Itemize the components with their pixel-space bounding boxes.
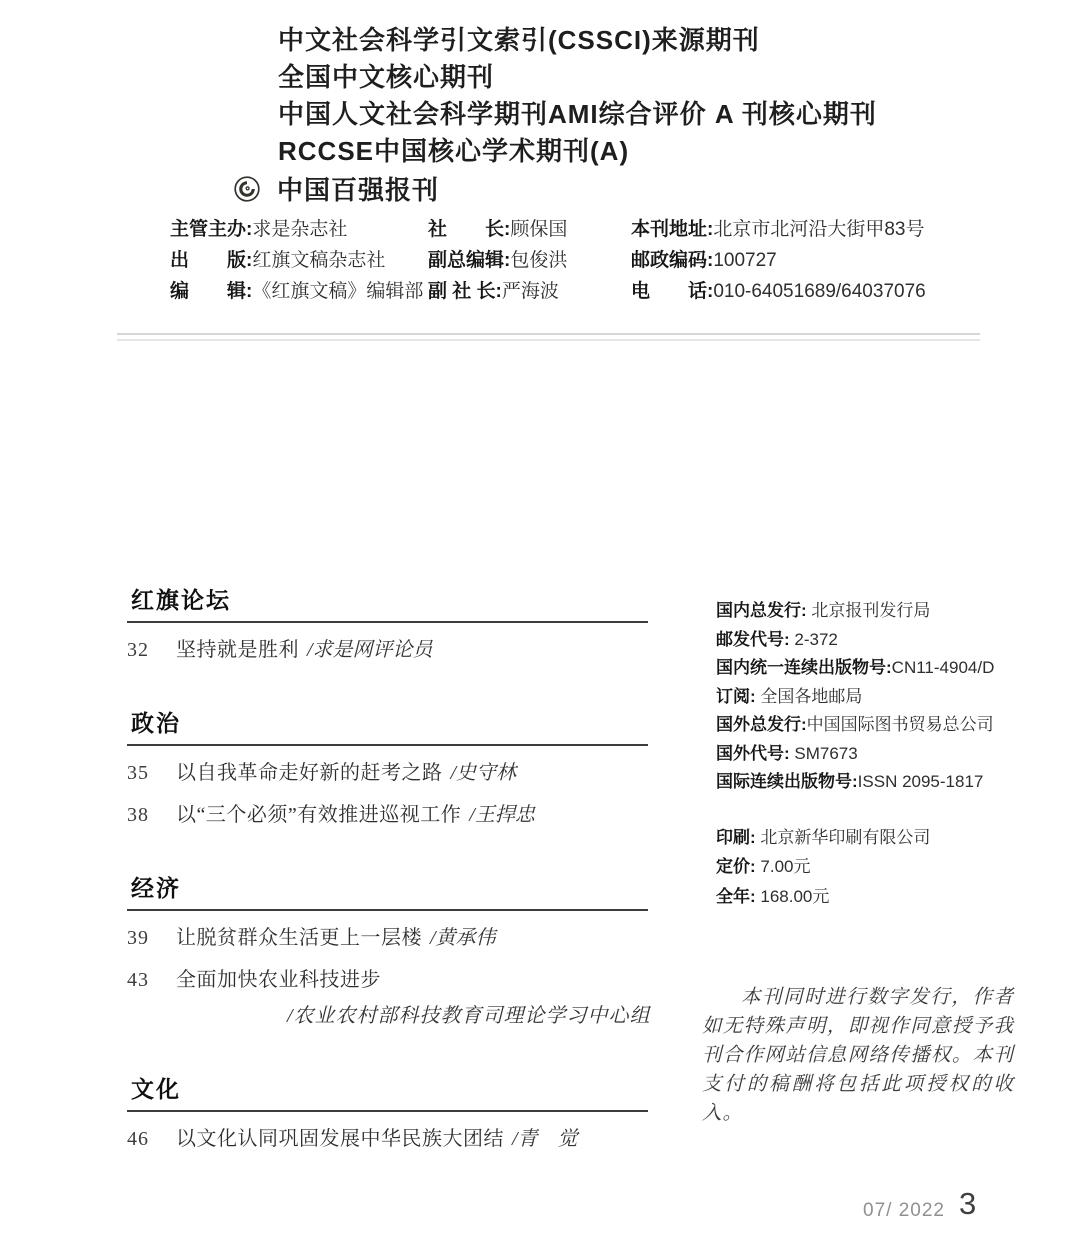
pubinfo-label: 国内统一连续出版物号: (716, 658, 892, 677)
section-title: 政治 (127, 705, 648, 746)
masthead-row: 本刊地址:北京市北河沿大街甲83号 (631, 214, 991, 245)
pubinfo-label: 邮发代号: (716, 630, 790, 649)
toc-section-culture: 文化 46 以文化认同巩固发展中华民族大团结/青 觉 (127, 1071, 648, 1154)
pubinfo-row: 国外代号: SM7673 (716, 740, 1036, 769)
entry-author-continuation: /农业农村部科技教育司理论学习中心组 (127, 1001, 648, 1031)
entry-title: 坚持就是胜利 (176, 639, 299, 661)
pubinfo-value: SM7673 (790, 744, 858, 763)
entry-author: /黄承伟 (430, 927, 496, 949)
pubinfo-row: 印刷: 北京新华印刷有限公司 (716, 823, 1036, 853)
toc-section-economy: 经济 39 让脱贫群众生活更上一层楼/黄承伟 43 全面加快农业科技进步 /农业… (127, 870, 648, 1031)
pubinfo-label: 国际连续出版物号: (716, 772, 858, 791)
masthead-value: 红旗文稿杂志社 (252, 250, 385, 271)
toc-section-politics: 政治 35 以自我革命走好新的赶考之路/史守林 38 以“三个必须”有效推进巡视… (127, 705, 648, 830)
badge-line: 中国百强报刊 (234, 170, 877, 207)
pubinfo-label: 印刷: (716, 828, 756, 847)
section-title: 红旗论坛 (127, 582, 648, 623)
entry-page-number: 39 (127, 923, 176, 953)
toc-entry: 35 以自我革命走好新的赶考之路/史守林 (127, 758, 648, 788)
toc-entry: 38 以“三个必须”有效推进巡视工作/王捍忠 (127, 800, 648, 830)
accreditation-line: 中国人文社会科学期刊AMI综合评价 A 刊核心期刊 (278, 96, 877, 133)
entry-title: 以“三个必须”有效推进巡视工作 (176, 804, 461, 826)
masthead-value: 顾保国 (510, 219, 567, 240)
pubinfo-label: 国内总发行: (716, 601, 807, 620)
pubinfo-value: 北京报刊发行局 (807, 601, 931, 620)
entry-page-number: 35 (127, 758, 176, 788)
divider-rule (117, 333, 980, 341)
entry-author: /求是网评论员 (307, 639, 433, 661)
entry-title: 让脱贫群众生活更上一层楼 (176, 927, 422, 949)
toc-entry: 43 全面加快农业科技进步 (127, 965, 648, 995)
entry-text: 坚持就是胜利/求是网评论员 (176, 635, 433, 665)
masthead-row: 编 辑:《红旗文稿》编辑部 (170, 276, 428, 307)
masthead-row: 邮政编码:100727 (631, 245, 991, 276)
masthead-value: 010-64051689/64037076 (713, 281, 925, 302)
masthead-label: 本刊地址: (631, 219, 713, 240)
masthead-label: 社 长: (428, 219, 510, 240)
masthead-label: 出 版: (170, 250, 252, 271)
entry-author: /青 觉 (512, 1128, 578, 1150)
pubinfo-value: 168.00元 (756, 887, 830, 906)
entry-text: 让脱贫群众生活更上一层楼/黄承伟 (176, 923, 496, 953)
magazine-contents-page: 中文社会科学引文索引(CSSCI)来源期刊 全国中文核心期刊 中国人文社会科学期… (0, 0, 1073, 1252)
issue-label: 07/ 2022 (863, 1200, 945, 1222)
entry-title: 全面加快农业科技进步 (176, 969, 381, 991)
pubinfo-value: 北京新华印刷有限公司 (756, 828, 931, 847)
pubinfo-label: 订阅: (716, 687, 756, 706)
masthead-value: 包俊洪 (510, 250, 567, 271)
masthead-column: 社 长:顾保国 副总编辑:包俊洪 副 社 长:严海波 (428, 214, 631, 307)
accreditation-block: 中文社会科学引文索引(CSSCI)来源期刊 全国中文核心期刊 中国人文社会科学期… (278, 22, 877, 207)
pubinfo-value: 2-372 (790, 630, 838, 649)
masthead-row: 副总编辑:包俊洪 (428, 245, 631, 276)
masthead-label: 电 话: (631, 281, 713, 302)
pubinfo-value: ISSN 2095-1817 (858, 772, 984, 791)
masthead-label: 副总编辑: (428, 250, 510, 271)
print-block: 印刷: 北京新华印刷有限公司 定价: 7.00元 全年: 168.00元 (716, 823, 1036, 912)
phoenix-seal-icon (234, 176, 260, 202)
toc-entry: 32 坚持就是胜利/求是网评论员 (127, 635, 648, 665)
entry-page-number: 46 (127, 1124, 176, 1154)
pubinfo-value: 中国国际图书贸易总公司 (807, 715, 994, 734)
masthead-label: 编 辑: (170, 281, 252, 302)
masthead-column: 本刊地址:北京市北河沿大街甲83号 邮政编码:100727 电 话:010-64… (631, 214, 991, 307)
toc-entry: 46 以文化认同巩固发展中华民族大团结/青 觉 (127, 1124, 648, 1154)
entry-author: /王捍忠 (469, 804, 535, 826)
masthead-value: 100727 (713, 250, 776, 271)
accreditation-line: RCCSE中国核心学术期刊(A) (278, 133, 877, 170)
distribution-block: 国内总发行: 北京报刊发行局 邮发代号: 2-372 国内统一连续出版物号:CN… (716, 597, 1036, 797)
accreditation-line: 全国中文核心期刊 (278, 59, 877, 96)
toc-section-hongqi-forum: 红旗论坛 32 坚持就是胜利/求是网评论员 (127, 582, 648, 665)
pubinfo-value: 7.00元 (756, 857, 811, 876)
entry-text: 以自我革命走好新的赶考之路/史守林 (176, 758, 516, 788)
entry-text: 以“三个必须”有效推进巡视工作/王捍忠 (176, 800, 535, 830)
page-number: 3 (959, 1186, 976, 1222)
pubinfo-row: 订阅: 全国各地邮局 (716, 683, 1036, 712)
pubinfo-label: 国外代号: (716, 744, 790, 763)
pubinfo-row: 国内总发行: 北京报刊发行局 (716, 597, 1036, 626)
pubinfo-row: 国际连续出版物号:ISSN 2095-1817 (716, 768, 1036, 797)
masthead-row: 电 话:010-64051689/64037076 (631, 276, 991, 307)
entry-page-number: 32 (127, 635, 176, 665)
table-of-contents: 红旗论坛 32 坚持就是胜利/求是网评论员 政治 35 以自我革命走好新的赶考之… (127, 582, 648, 1194)
masthead-value: 北京市北河沿大街甲83号 (713, 219, 924, 240)
pubinfo-row: 邮发代号: 2-372 (716, 626, 1036, 655)
entry-text: 全面加快农业科技进步 (176, 965, 381, 995)
masthead-row: 社 长:顾保国 (428, 214, 631, 245)
pubinfo-row: 全年: 168.00元 (716, 882, 1036, 912)
pubinfo-row: 国外总发行:中国国际图书贸易总公司 (716, 711, 1036, 740)
entry-text: 以文化认同巩固发展中华民族大团结/青 觉 (176, 1124, 578, 1154)
publication-info: 国内总发行: 北京报刊发行局 邮发代号: 2-372 国内统一连续出版物号:CN… (716, 597, 1036, 911)
masthead-value: 求是杂志社 (252, 219, 347, 240)
masthead-label: 副 社 长: (428, 281, 502, 302)
pubinfo-value: CN11-4904/D (892, 658, 995, 677)
masthead-label: 邮政编码: (631, 250, 713, 271)
entry-author: /史守林 (451, 762, 517, 784)
toc-entry: 39 让脱贫群众生活更上一层楼/黄承伟 (127, 923, 648, 953)
accreditation-line: 中文社会科学引文索引(CSSCI)来源期刊 (278, 22, 877, 59)
section-title: 文化 (127, 1071, 648, 1112)
pubinfo-row: 国内统一连续出版物号:CN11-4904/D (716, 654, 1036, 683)
pubinfo-value: 全国各地邮局 (756, 687, 863, 706)
pubinfo-label: 国外总发行: (716, 715, 807, 734)
section-title: 经济 (127, 870, 648, 911)
pubinfo-label: 定价: (716, 857, 756, 876)
entry-title: 以文化认同巩固发展中华民族大团结 (176, 1128, 504, 1150)
pubinfo-label: 全年: (716, 887, 756, 906)
masthead-value: 严海波 (502, 281, 559, 302)
entry-page-number: 38 (127, 800, 176, 830)
masthead-value: 《红旗文稿》编辑部 (252, 281, 423, 302)
entry-title: 以自我革命走好新的赶考之路 (176, 762, 443, 784)
masthead-info: 主管主办:求是杂志社 出 版:红旗文稿杂志社 编 辑:《红旗文稿》编辑部 社 长… (170, 214, 991, 307)
masthead-row: 副 社 长:严海波 (428, 276, 631, 307)
masthead-row: 出 版:红旗文稿杂志社 (170, 245, 428, 276)
masthead-label: 主管主办: (170, 219, 252, 240)
digital-rights-notice: 本刊同时进行数字发行，作者如无特殊声明，即视作同意授予我刊合作网站信息网络传播权… (702, 983, 1014, 1128)
masthead-row: 主管主办:求是杂志社 (170, 214, 428, 245)
masthead-column: 主管主办:求是杂志社 出 版:红旗文稿杂志社 编 辑:《红旗文稿》编辑部 (170, 214, 428, 307)
badge-label: 中国百强报刊 (277, 170, 439, 207)
entry-page-number: 43 (127, 965, 176, 995)
pubinfo-row: 定价: 7.00元 (716, 852, 1036, 882)
